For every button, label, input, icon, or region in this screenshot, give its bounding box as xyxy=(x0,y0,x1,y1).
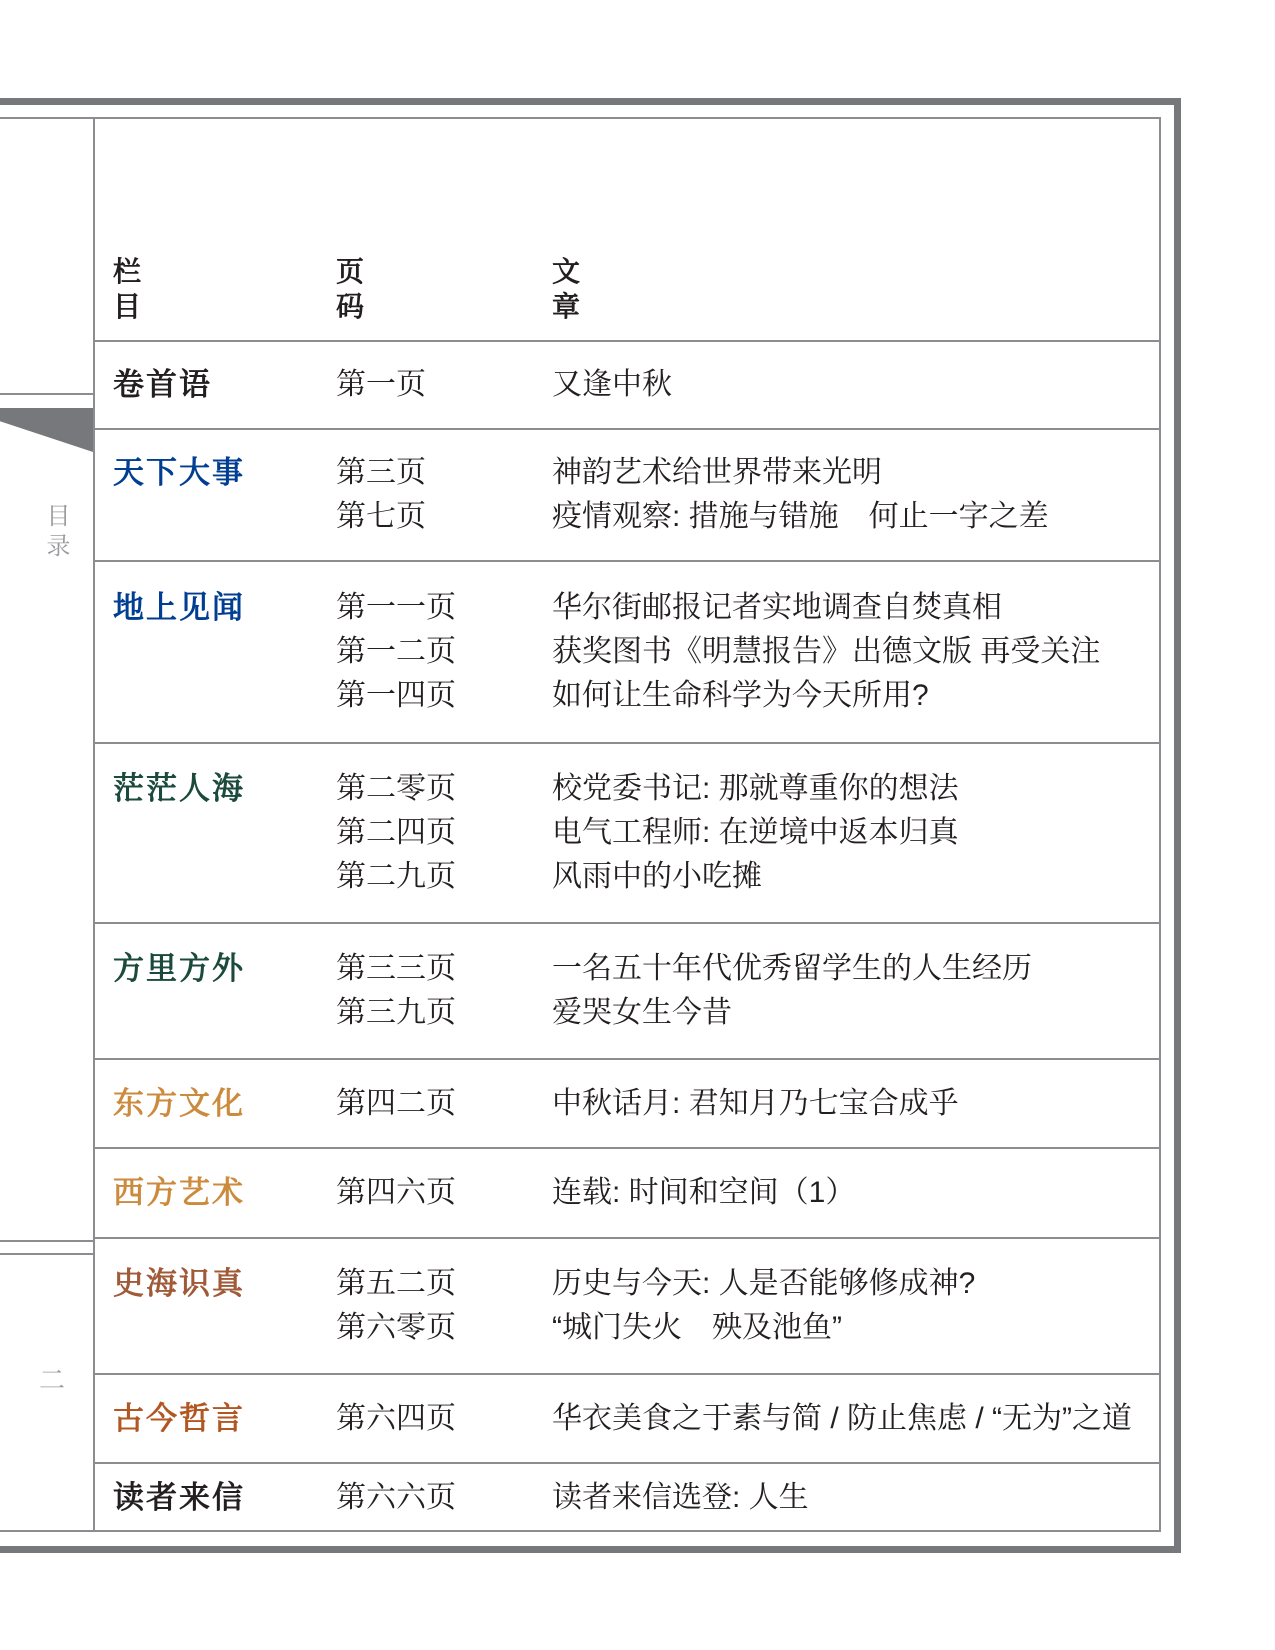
entry-article-title: 一名五十年代优秀留学生的人生经历 xyxy=(552,947,1032,991)
entry-article-title: 神韵艺术给世界带来光明 xyxy=(552,451,882,495)
sidebar-rule-lower-1 xyxy=(0,1240,93,1242)
section-name: 西方艺术 xyxy=(113,1171,245,1215)
entry-article-title: 校党委书记: 那就尊重你的想法 xyxy=(552,767,959,811)
entry-article-title: 如何让生命科学为今天所用? xyxy=(552,674,929,718)
entry-page-number: 第三页 xyxy=(336,451,426,495)
toc-entry-line: 西方艺术第四六页连载: 时间和空间（1） xyxy=(95,1171,1159,1215)
toc-entry-line: 卷首语第一页又逢中秋 xyxy=(95,363,1159,407)
entry-page-number: 第四六页 xyxy=(336,1171,456,1215)
toc-section-row: 地上见闻第一一页华尔街邮报记者实地调查自焚真相第一二页获奖图书《明慧报告》出德文… xyxy=(95,560,1159,742)
toc-section-row: 读者来信第六六页读者来信选登: 人生 xyxy=(95,1462,1159,1532)
toc-section-row: 方里方外第三三页一名五十年代优秀留学生的人生经历第三九页爱哭女生今昔 xyxy=(95,922,1159,1058)
entry-page-number: 第一页 xyxy=(336,363,426,407)
entry-article-title: 爱哭女生今昔 xyxy=(552,991,732,1035)
section-name: 史海识真 xyxy=(113,1262,245,1306)
entry-article-title: 又逢中秋 xyxy=(552,363,672,407)
page-number-marker: 二 xyxy=(39,1360,65,1397)
entry-page-number: 第一二页 xyxy=(336,630,456,674)
header-col-page: 页 码 xyxy=(336,254,364,324)
entry-page-number: 第六四页 xyxy=(336,1397,456,1441)
toc-section-row: 卷首语第一页又逢中秋 xyxy=(95,340,1159,428)
toc-entry-line: 第一二页获奖图书《明慧报告》出德文版 再受关注 xyxy=(95,630,1159,674)
toc-entry-line: 古今哲言第六四页华衣美食之于素与简 / 防止焦虑 / “无为”之道 xyxy=(95,1397,1159,1441)
section-name: 地上见闻 xyxy=(113,586,245,630)
entry-page-number: 第三三页 xyxy=(336,947,456,991)
toc-entry-line: 第二四页电气工程师: 在逆境中返本归真 xyxy=(95,811,1159,855)
toc-section-row: 东方文化第四二页中秋话月: 君知月乃七宝合成乎 xyxy=(95,1058,1159,1147)
section-name: 茫茫人海 xyxy=(113,767,245,811)
section-name: 古今哲言 xyxy=(113,1397,245,1441)
entry-article-title: 华衣美食之于素与简 / 防止焦虑 / “无为”之道 xyxy=(552,1397,1132,1441)
toc-section-row: 茫茫人海第二零页校党委书记: 那就尊重你的想法第二四页电气工程师: 在逆境中返本… xyxy=(95,742,1159,922)
toc-entry-line: 读者来信第六六页读者来信选登: 人生 xyxy=(95,1476,1159,1520)
toc-entry-line: 第六零页“城门失火 殃及池鱼” xyxy=(95,1306,1159,1350)
entry-article-title: 华尔街邮报记者实地调查自焚真相 xyxy=(552,586,1002,630)
entry-article-title: 连载: 时间和空间（1） xyxy=(552,1171,855,1215)
sidebar-rule-lower-2 xyxy=(0,1253,93,1255)
toc-header-row: 栏 目 页 码 文 章 xyxy=(95,117,1159,340)
toc-section-row: 古今哲言第六四页华衣美食之于素与简 / 防止焦虑 / “无为”之道 xyxy=(95,1373,1159,1462)
toc-entry-line: 东方文化第四二页中秋话月: 君知月乃七宝合成乎 xyxy=(95,1082,1159,1126)
toc-tab-label: 目录 xyxy=(38,503,73,563)
entry-page-number: 第四二页 xyxy=(336,1082,456,1126)
entry-article-title: “城门失火 殃及池鱼” xyxy=(552,1306,842,1350)
toc-section-row: 西方艺术第四六页连载: 时间和空间（1） xyxy=(95,1147,1159,1237)
toc-table: 栏 目 页 码 文 章 卷首语第一页又逢中秋天下大事第三页神韵艺术给世界带来光明… xyxy=(93,117,1161,1531)
frame-right-bar xyxy=(1174,98,1181,1553)
sidebar-rule-upper xyxy=(0,393,93,395)
toc-entry-line: 第七页疫情观察: 措施与错施 何止一字之差 xyxy=(95,495,1159,539)
toc-entry-line: 地上见闻第一一页华尔街邮报记者实地调查自焚真相 xyxy=(95,586,1159,630)
entry-page-number: 第七页 xyxy=(336,495,426,539)
header-col-section: 栏 目 xyxy=(113,254,141,324)
toc-entry-line: 第一四页如何让生命科学为今天所用? xyxy=(95,674,1159,718)
toc-entry-line: 第三九页爱哭女生今昔 xyxy=(95,991,1159,1035)
toc-entry-line: 天下大事第三页神韵艺术给世界带来光明 xyxy=(95,451,1159,495)
entry-article-title: 读者来信选登: 人生 xyxy=(552,1476,809,1520)
toc-tab-pennant-icon xyxy=(0,408,93,452)
section-name: 方里方外 xyxy=(113,947,245,991)
entry-page-number: 第六六页 xyxy=(336,1476,456,1520)
entry-page-number: 第二四页 xyxy=(336,811,456,855)
section-name: 东方文化 xyxy=(113,1082,245,1126)
toc-entry-line: 史海识真第五二页历史与今天: 人是否能够修成神? xyxy=(95,1262,1159,1306)
entry-article-title: 风雨中的小吃摊 xyxy=(552,855,762,899)
header-col-article: 文 章 xyxy=(552,254,580,324)
entry-page-number: 第一一页 xyxy=(336,586,456,630)
section-name: 天下大事 xyxy=(113,451,245,495)
section-name: 读者来信 xyxy=(113,1476,245,1520)
entry-page-number: 第三九页 xyxy=(336,991,456,1035)
entry-article-title: 历史与今天: 人是否能够修成神? xyxy=(552,1262,975,1306)
entry-page-number: 第五二页 xyxy=(336,1262,456,1306)
entry-page-number: 第二九页 xyxy=(336,855,456,899)
frame-top-bar xyxy=(0,98,1181,105)
toc-section-row: 史海识真第五二页历史与今天: 人是否能够修成神?第六零页“城门失火 殃及池鱼” xyxy=(95,1237,1159,1373)
toc-entry-line: 茫茫人海第二零页校党委书记: 那就尊重你的想法 xyxy=(95,767,1159,811)
entry-article-title: 疫情观察: 措施与错施 何止一字之差 xyxy=(552,495,1049,539)
frame-bottom-bar xyxy=(0,1546,1181,1553)
entry-article-title: 中秋话月: 君知月乃七宝合成乎 xyxy=(552,1082,959,1126)
section-name: 卷首语 xyxy=(113,363,212,407)
entry-page-number: 第六零页 xyxy=(336,1306,456,1350)
entry-article-title: 电气工程师: 在逆境中返本归真 xyxy=(552,811,959,855)
toc-entry-line: 第二九页风雨中的小吃摊 xyxy=(95,855,1159,899)
toc-section-row: 天下大事第三页神韵艺术给世界带来光明第七页疫情观察: 措施与错施 何止一字之差 xyxy=(95,428,1159,560)
entry-page-number: 第二零页 xyxy=(336,767,456,811)
toc-entry-line: 方里方外第三三页一名五十年代优秀留学生的人生经历 xyxy=(95,947,1159,991)
entry-page-number: 第一四页 xyxy=(336,674,456,718)
entry-article-title: 获奖图书《明慧报告》出德文版 再受关注 xyxy=(552,630,1100,674)
